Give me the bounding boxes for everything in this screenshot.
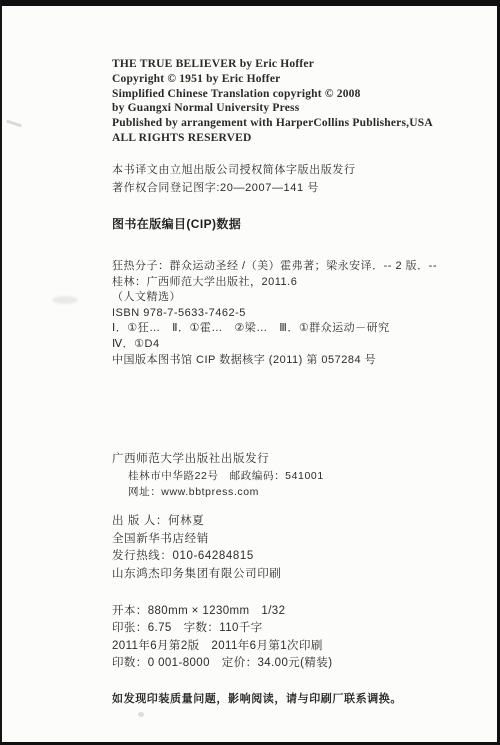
colophon-line-rights: ALL RIGHTS RESERVED — [112, 131, 433, 146]
cip-header: 图书在版编目(CIP)数据 — [112, 215, 241, 232]
colophon-line-copyright: Copyright © 1951 by Eric Hoffer — [112, 72, 433, 87]
cip-line-classification-1: Ⅰ．①狂… Ⅱ．①霍… ②梁… Ⅲ．①群众运动－研究 — [112, 321, 437, 337]
publisher-address-line: 桂林市中华路22号 邮政编码：541001 — [128, 468, 324, 484]
publisher-person-line: 出 版 人：何林夏 — [112, 513, 281, 531]
cip-line-publisher: 桂林：广西师范大学出版社，2011.6 — [112, 275, 437, 291]
scan-border-left — [0, 0, 2, 745]
cip-data-block: 狂热分子：群众运动圣经 /（美）霍弗著；梁永安译．-- 2 版．-- 桂林：广西… — [112, 259, 437, 368]
colophon-line-translation-copyright: Simplified Chinese Translation copyright… — [112, 87, 433, 102]
distribution-block: 出 版 人：何林夏 全国新华书店经销 发行热线：010-64284815 山东鸿… — [112, 513, 281, 583]
colophon-line-press: by Guangxi Normal University Press — [112, 101, 433, 116]
cip-line-record-number: 中国版本图书馆 CIP 数据核字 (2011) 第 057284 号 — [112, 353, 437, 369]
cip-line-isbn: ISBN 978-7-5633-7462-5 — [112, 306, 437, 322]
cip-line-title-author: 狂热分子：群众运动圣经 /（美）霍弗著；梁永安译．-- 2 版．-- — [112, 259, 437, 275]
printer-line: 山东鸿杰印务集团有限公司印刷 — [112, 566, 281, 584]
cip-line-classification-2: Ⅳ．①D4 — [112, 337, 437, 353]
cip-line-series: （人文精选） — [112, 290, 437, 306]
format-line: 开本：880mm × 1230mm 1/32 — [112, 603, 332, 620]
colophon-line-arrangement: Published by arrangement with HarperColl… — [112, 116, 433, 131]
scan-smudge — [6, 120, 22, 128]
edition-line: 2011年6月第2版 2011年6月第1次印刷 — [112, 638, 332, 655]
hotline-line: 发行热线：010-64284815 — [112, 548, 281, 566]
scan-border-top — [0, 0, 500, 6]
license-block: 本书译文由立旭出版公司授权简体字版出版发行 著作权合同登记图字:20—2007—… — [112, 162, 356, 197]
colophon-line-title: THE TRUE BELIEVER by Eric Hoffer — [112, 57, 433, 72]
publisher-name-line: 广西师范大学出版社出版发行 — [112, 451, 324, 468]
book-colophon-page: THE TRUE BELIEVER by Eric Hoffer Copyrig… — [0, 0, 500, 745]
sheets-wordcount-line: 印张：6.75 字数：110千字 — [112, 620, 332, 637]
distributor-line: 全国新华书店经销 — [112, 531, 281, 549]
printrun-price-line: 印数：0 001-8000 定价：34.00元(精装) — [112, 655, 332, 672]
publisher-block: 广西师范大学出版社出版发行 桂林市中华路22号 邮政编码：541001 网址：w… — [112, 451, 324, 500]
scan-smudge — [52, 296, 78, 304]
publisher-website-line: 网址：www.bbtpress.com — [128, 484, 324, 500]
license-line-authorization: 本书译文由立旭出版公司授权简体字版出版发行 — [112, 162, 356, 180]
scan-smudge — [138, 712, 144, 717]
english-copyright-block: THE TRUE BELIEVER by Eric Hoffer Copyrig… — [112, 57, 433, 146]
license-line-registration-number: 著作权合同登记图字:20—2007—141 号 — [112, 180, 356, 198]
print-spec-block: 开本：880mm × 1230mm 1/32 印张：6.75 字数：110千字 … — [112, 603, 332, 673]
quality-note: 如发现印装质量问题，影响阅读，请与印刷厂联系调换。 — [112, 690, 402, 706]
